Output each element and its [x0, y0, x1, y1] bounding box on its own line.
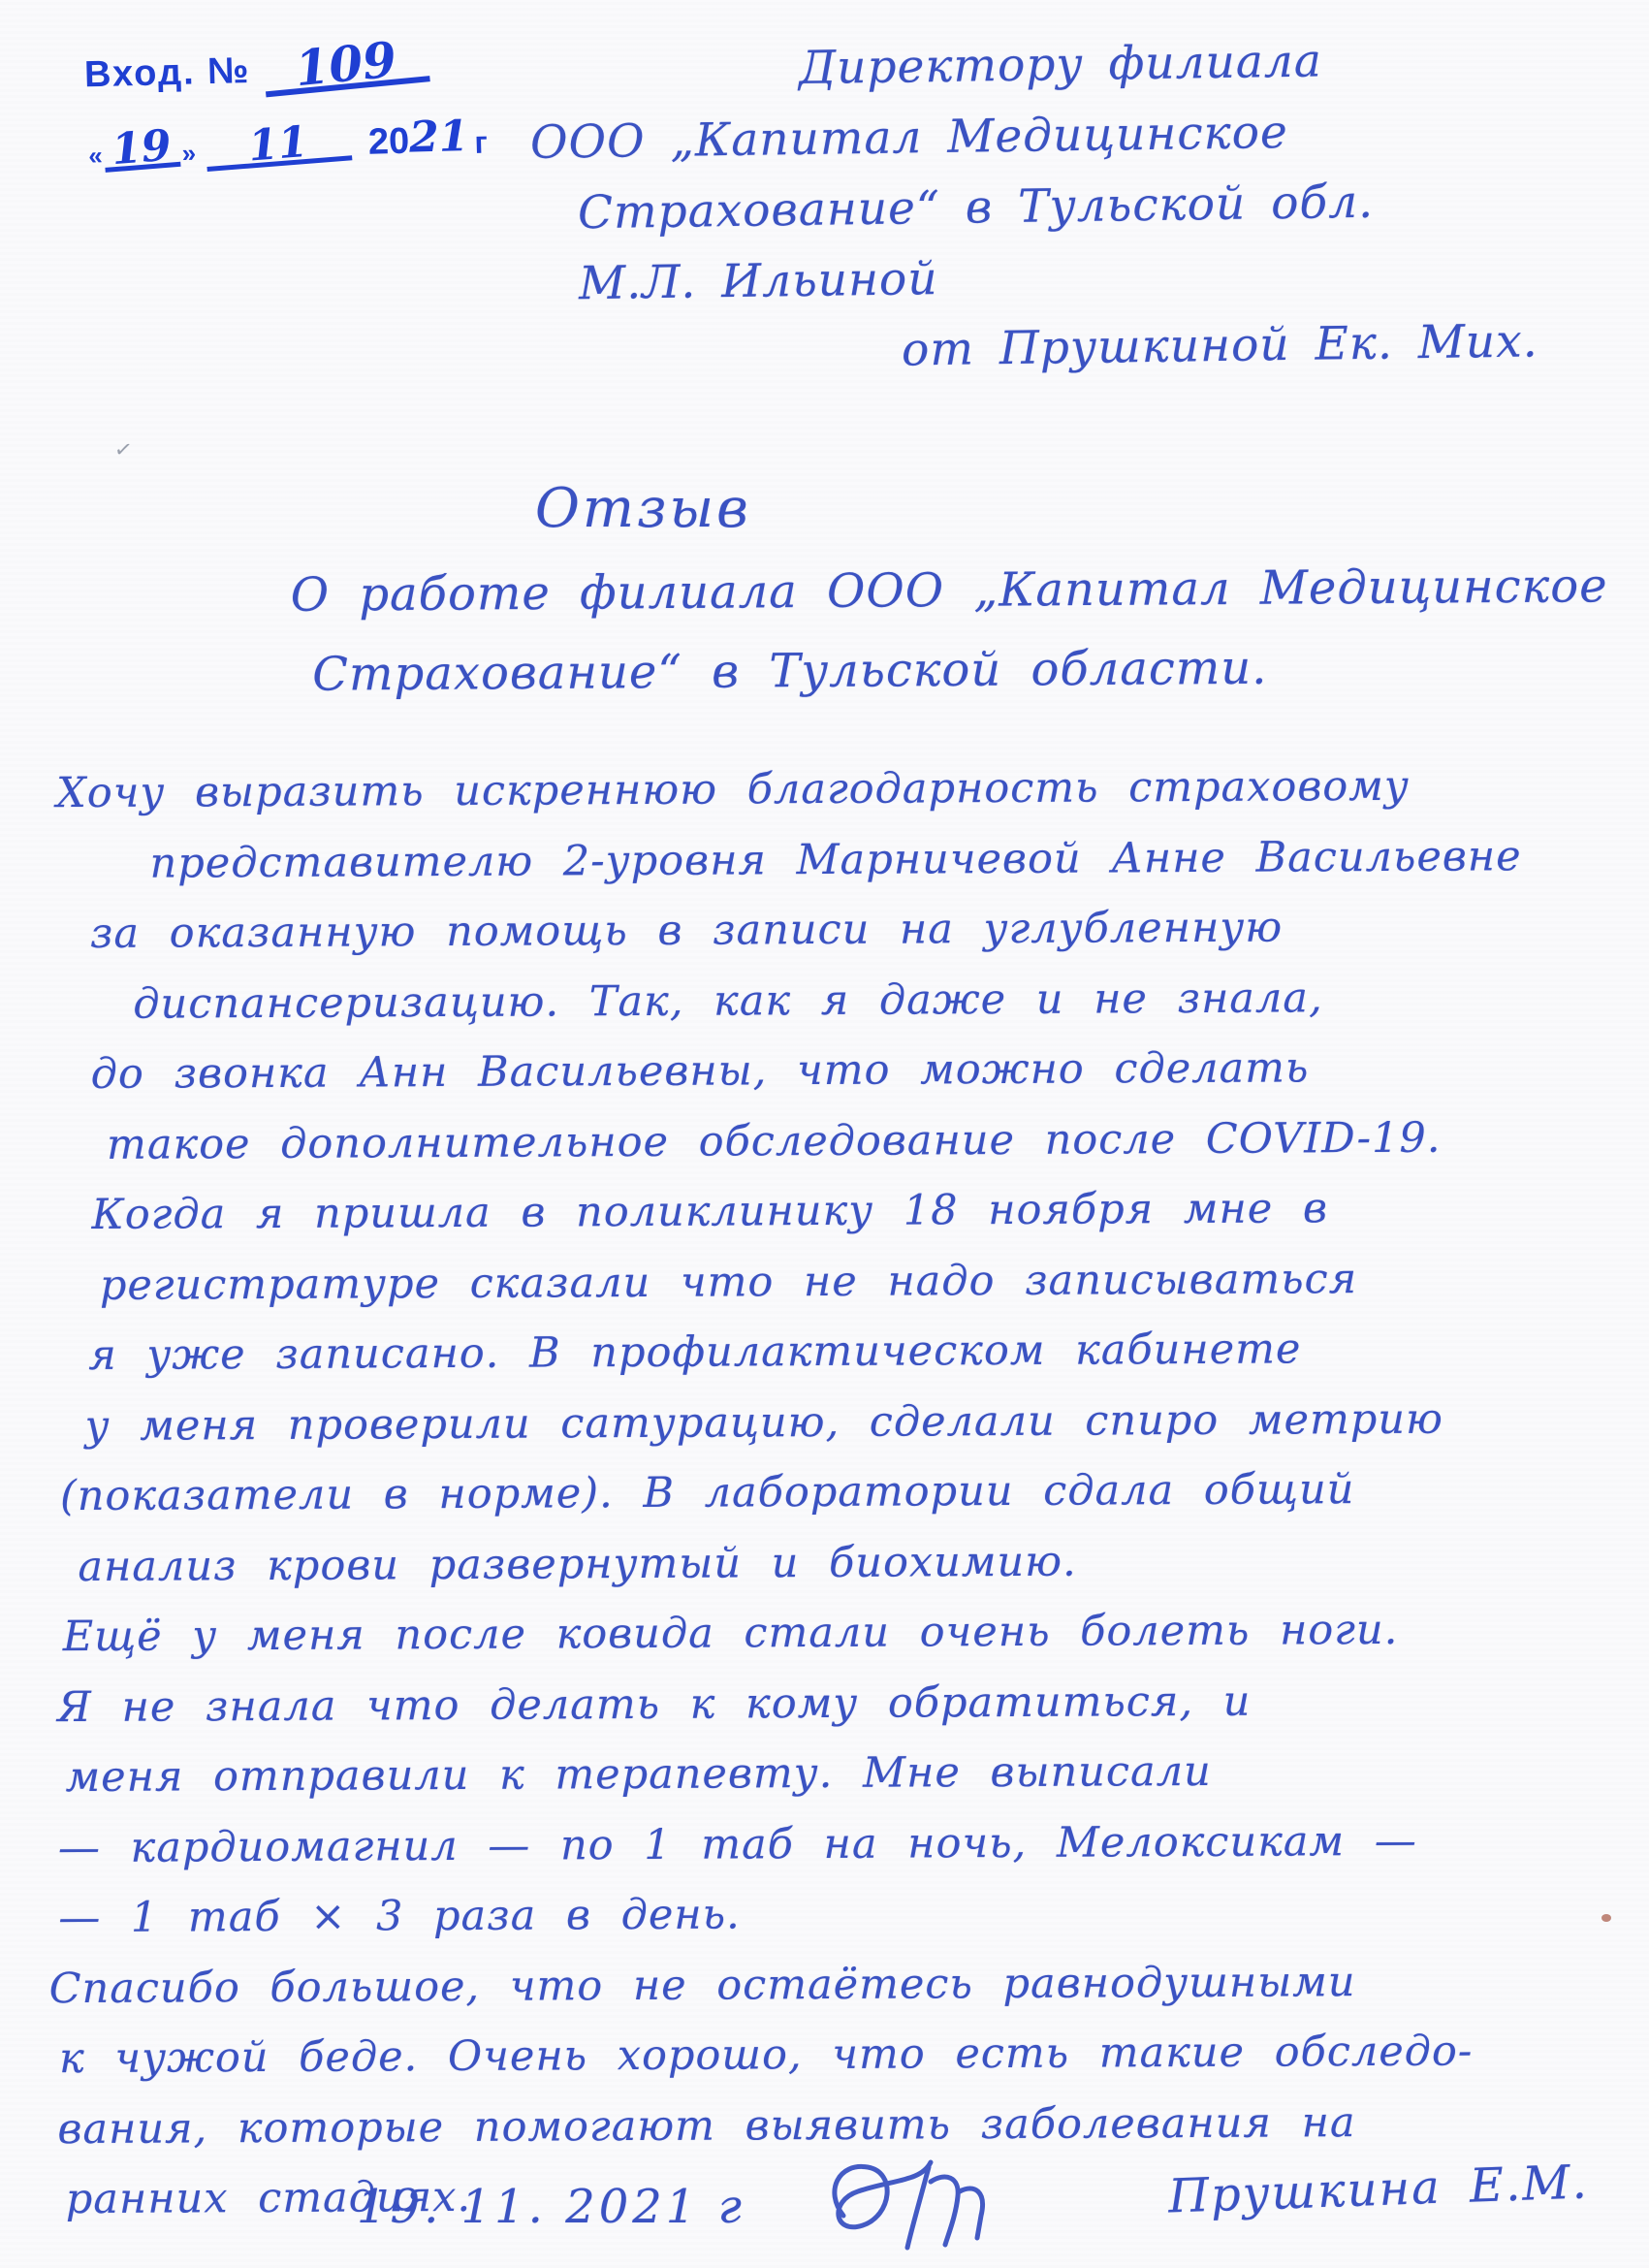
body-line: регистратуре сказали что не надо записыв… [100, 1242, 1648, 1321]
scanned-letter-page: Вход. № 109 « 19 » 11 20 21 г Директору … [0, 0, 1649, 2268]
pencil-check-mark: ✓ [112, 437, 134, 463]
stamp-number: 109 [263, 37, 431, 97]
stamp-quote-open: « [88, 141, 103, 171]
subject-block: О работе филиала ООО „Капитал Медицинско… [290, 546, 1609, 714]
body-line: — 1 таб × 3 раза в день. [58, 1875, 1649, 1954]
stamp-year-print: 20 [367, 121, 409, 164]
stamp-day: 19 [103, 129, 181, 173]
body-line: такое дополнительное обследование после … [107, 1102, 1647, 1180]
stamp-quote-close: » [181, 138, 196, 168]
body-line: Ещё у меня после ковида стали очень боле… [63, 1594, 1649, 1673]
recipient-block: Директору филиала ООО „Капитал Медицинск… [529, 21, 1630, 391]
body-line: я уже записано. В профилактическом кабин… [88, 1313, 1648, 1391]
body-line: у меня проверили сатурацию, сделали спир… [84, 1383, 1648, 1461]
body-line: Я не знала что делать к кому обратиться,… [57, 1664, 1649, 1742]
stamp-month: 11 [205, 122, 353, 172]
body-line: Хочу выразить искреннюю благодарность ст… [56, 751, 1645, 829]
recipient-line: от Прушкиной Ек. Мих. [902, 304, 1630, 385]
letter-body: Хочу выразить искреннюю благодарность ст… [0, 751, 1649, 2235]
subject-line: Страхование“ в Тульской области. [312, 625, 1610, 714]
recipient-line: Директору филиала [798, 21, 1625, 104]
letter-title: Отзыв [535, 477, 751, 540]
body-line: Спасибо большое, что не остаётесь равнод… [48, 1945, 1649, 2024]
body-line: к чужой беде. Очень хорошо, что есть так… [59, 2016, 1649, 2094]
body-line: меня отправили к терапевту. Мне выписали [65, 1735, 1649, 1813]
body-line: — кардиомагнил — по 1 таб на ночь, Мелок… [58, 1805, 1649, 1883]
scan-speck [1601, 1914, 1611, 1922]
subject-line: О работе филиала ООО „Капитал Медицинско… [290, 546, 1609, 634]
body-line: Когда я пришла в поликлинику 18 ноября м… [91, 1172, 1647, 1251]
date-line: 19. 11. 2021 г [357, 2180, 745, 2234]
incoming-stamp: Вход. № 109 « 19 » 11 20 21 г [83, 42, 488, 172]
signature-scribble [814, 2124, 1057, 2268]
body-line: представителю 2-уровня Марничевой Анне В… [149, 820, 1645, 899]
body-line: анализ крови развернутый и биохимию. [78, 1523, 1649, 1602]
body-line: за оказанную помощь в записи на углублен… [90, 891, 1646, 970]
body-line: (показатели в норме). В лаборатории сдал… [60, 1453, 1649, 1532]
stamp-label: Вход. № [84, 50, 252, 96]
body-line: диспансеризацию. Так, как я даже и не зн… [133, 961, 1646, 1039]
body-line: до звонка Анн Васильевны, что можно сдел… [91, 1032, 1647, 1110]
stamp-year-hand: 21 [408, 112, 469, 163]
stamp-year-suffix: г [474, 125, 488, 161]
